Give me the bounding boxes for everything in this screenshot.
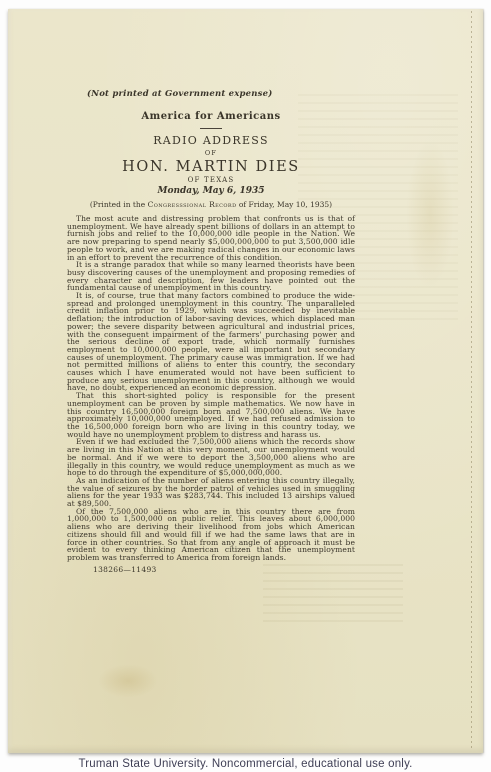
page-title: America for Americans: [67, 111, 355, 122]
printed-note-prefix: (Printed in the: [90, 200, 148, 209]
paragraph: The most acute and distressing problem t…: [67, 215, 355, 261]
text-column: (Not printed at Government expense) Amer…: [67, 89, 355, 574]
paragraph: It is a strange paradox that while so ma…: [67, 261, 355, 292]
paragraph: Even if we had excluded the 7,500,000 al…: [67, 438, 355, 477]
title-divider: [200, 128, 222, 129]
paragraph: As an indication of the number of aliens…: [67, 477, 355, 508]
print-number: 138266—11493: [93, 565, 355, 574]
scan-background: (Not printed at Government expense) Amer…: [0, 0, 491, 772]
speaker-state: OF TEXAS: [67, 176, 355, 184]
document-page: (Not printed at Government expense) Amer…: [8, 9, 483, 753]
paragraph: It is, of course, true that many factors…: [67, 292, 355, 392]
perforation-line: [471, 11, 472, 751]
expense-note: (Not printed at Government expense): [87, 89, 355, 99]
speaker-name: HON. MARTIN DIES: [67, 159, 355, 175]
paragraph: That this short-sighted policy is respon…: [67, 392, 355, 438]
date-line: Monday, May 6, 1935: [67, 186, 355, 196]
usage-caption: Truman State University. Noncommercial, …: [0, 758, 491, 770]
paper-stain: [406, 139, 454, 289]
printed-note-suffix: of Friday, May 10, 1935): [236, 200, 332, 209]
journal-name: Congresssional Record: [148, 200, 237, 209]
printed-note: (Printed in the Congresssional Record of…: [67, 200, 355, 209]
of-label: OF: [67, 149, 355, 157]
subtitle-radio-address: RADIO ADDRESS: [67, 134, 355, 147]
paragraph: Of the 7,500,000 aliens who are in this …: [67, 508, 355, 562]
paper-stain: [98, 664, 158, 698]
address-body: The most acute and distressing problem t…: [67, 215, 355, 562]
